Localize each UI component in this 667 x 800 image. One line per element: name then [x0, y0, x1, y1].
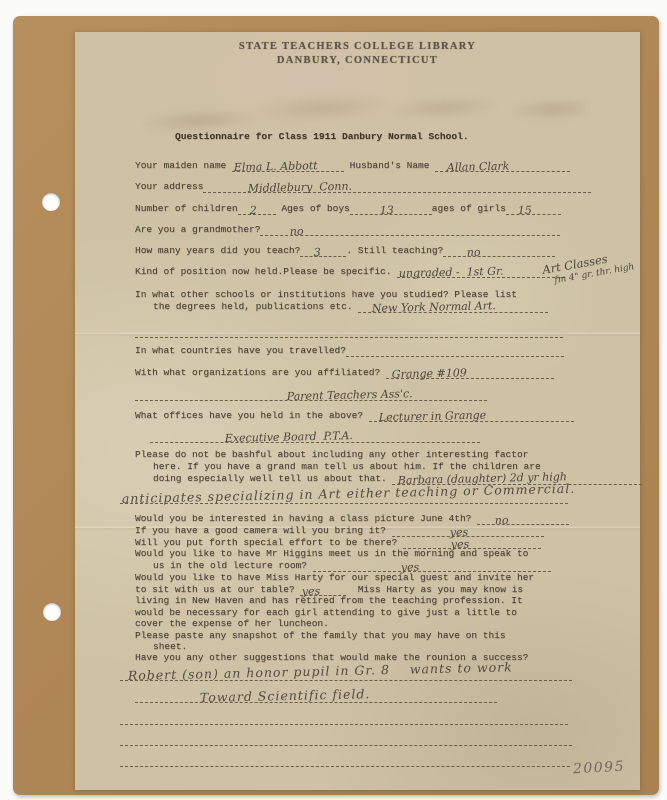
- blank-line: ungraded - 1st Gr.: [397, 264, 565, 278]
- typed-text: Are you a grandmother?: [135, 223, 260, 236]
- blank-line: no: [443, 243, 555, 257]
- blank-row-1: [120, 712, 568, 725]
- paper-sheet: STATE TEACHERS COLLEGE LIBRARY DANBURY, …: [75, 32, 640, 790]
- handwritten-answer: 15: [518, 205, 532, 217]
- field-children: Number of children2 Ages of boys13ages o…: [135, 202, 561, 215]
- typed-text: In what countries have you travelled?: [135, 344, 346, 357]
- handwritten-answer: ungraded - 1st Gr.: [399, 266, 504, 280]
- punch-hole-top: [42, 193, 60, 211]
- catalog-number: 20095: [573, 759, 626, 778]
- blank-line: no: [260, 222, 560, 236]
- handwritten-answer: Grange #109: [392, 367, 467, 381]
- field-countries: In what countries have you travelled?: [135, 344, 564, 357]
- blank-row-3: [120, 754, 570, 767]
- typed-text: . Still teaching?: [346, 244, 443, 257]
- typed-text: Number of children: [135, 202, 238, 215]
- handwritten-answer: Executive Board P.T.A.: [225, 430, 353, 445]
- title-row: Questionnaire for Class 1911 Danbury Nor…: [175, 130, 469, 143]
- scan-background: { "stamp": { "line1": "STATE TEACHERS CO…: [0, 0, 667, 800]
- blank-row-2: [120, 733, 572, 746]
- typed-text: the degrees held, publications etc.: [153, 300, 358, 313]
- handwritten-answer: Middlebury Conn.: [248, 181, 352, 195]
- handwritten-answer: Elma L. Abbott: [234, 160, 318, 174]
- handwritten-answer: anticipates specializing in Art either t…: [122, 483, 576, 505]
- handwritten-answer: New York Normal Art.: [372, 300, 496, 315]
- blank-line: New York Normal Art.: [358, 299, 548, 313]
- field-offices: What offices have you held in the above?…: [135, 409, 574, 422]
- handwritten-answer: 3: [314, 247, 321, 259]
- typed-text: Kind of position now held.Please be spec…: [135, 265, 397, 278]
- typed-text: doing especially well tell us about that…: [153, 472, 392, 485]
- handwritten-answer: Allan Clark: [447, 161, 510, 174]
- blank-line: Grange #109: [386, 365, 554, 379]
- blank-line: [120, 711, 568, 725]
- hw-suggestion-2: Toward Scientific field.: [135, 690, 497, 703]
- field-grandmother: Are you a grandmother?no: [135, 223, 560, 236]
- q-schools-2: the degrees held, publications etc. New …: [153, 300, 548, 313]
- blank-line: [120, 732, 572, 746]
- library-stamp-line-1: STATE TEACHERS COLLEGE LIBRARY: [75, 41, 640, 52]
- handwritten-answer: 13: [379, 205, 393, 217]
- field-organizations-2: Parent Teachers Ass'c.: [135, 388, 487, 401]
- handwritten-answer: Lecturer in Grange: [378, 410, 486, 424]
- blank-line: [346, 343, 564, 357]
- field-position: Kind of position now held.Please be spec…: [135, 265, 565, 278]
- library-stamp-line-2: DANBURY, CONNECTICUT: [75, 55, 640, 66]
- blank-line: Middlebury Conn.: [203, 179, 591, 193]
- hw-suggestion-1: Robert (son) an honor pupil in Gr. 8 wan…: [120, 668, 572, 681]
- typed-text: How many years did you teach?: [135, 244, 300, 257]
- handwritten-answer: Toward Scientific field.: [200, 688, 371, 704]
- mat-board: STATE TEACHERS COLLEGE LIBRARY DANBURY, …: [13, 16, 659, 795]
- blank-line: [135, 324, 563, 338]
- blank-line: anticipates specializing in Art either t…: [120, 490, 568, 504]
- punch-hole-bottom: [43, 603, 61, 621]
- typed-text: Ages of boys: [276, 202, 350, 215]
- handwritten-answer: no: [290, 226, 304, 238]
- blank-line: Toward Scientific field.: [135, 689, 497, 703]
- typed-text: What offices have you held in the above?: [135, 409, 369, 422]
- field-maiden-husband: Your maiden name Elma L. Abbott Husband'…: [135, 159, 570, 172]
- typed-text: Husband's Name: [344, 159, 435, 172]
- field-offices-2: Executive Board P.T.A.: [150, 430, 480, 443]
- blank-line: [120, 753, 570, 767]
- hw-anticipates: anticipates specializing in Art either t…: [120, 491, 568, 504]
- handwritten-answer: 2: [249, 205, 256, 217]
- field-organizations: With what organizations are you affiliat…: [135, 366, 554, 379]
- field-years-teaching: How many years did you teach?3. Still te…: [135, 244, 555, 257]
- field-address: Your addressMiddlebury Conn.: [135, 180, 591, 193]
- typed-text: Your maiden name: [135, 159, 232, 172]
- blank-line: 3: [300, 243, 346, 257]
- blank-line: 2: [238, 201, 276, 215]
- blank-line: Elma L. Abbott: [232, 158, 344, 172]
- typed-text: Questionnaire for Class 1911 Danbury Nor…: [175, 130, 469, 143]
- typed-text: ages of girls: [432, 202, 506, 215]
- blank-line: Parent Teachers Ass'c.: [135, 387, 487, 401]
- typed-text: With what organizations are you affiliat…: [135, 366, 386, 379]
- handwritten-answer: no: [467, 247, 481, 259]
- divider-line: [135, 325, 563, 338]
- handwritten-answer: Parent Teachers Ass'c.: [287, 388, 413, 403]
- blank-line: Executive Board P.T.A.: [150, 429, 480, 443]
- typed-text: Your address: [135, 180, 203, 193]
- handwritten-answer: Robert (son) an honor pupil in Gr. 8 wan…: [128, 661, 513, 682]
- blank-line: yes: [313, 558, 551, 572]
- blank-line: Lecturer in Grange: [369, 408, 574, 422]
- typed-text: Please paste any snapshot of the family …: [135, 629, 506, 642]
- q-paste-1: Please paste any snapshot of the family …: [135, 629, 506, 642]
- blank-line: 15: [506, 201, 561, 215]
- blank-line: Robert (son) an honor pupil in Gr. 8 wan…: [120, 667, 572, 681]
- blank-line: 13: [350, 201, 432, 215]
- blank-line: Allan Clark: [435, 158, 570, 172]
